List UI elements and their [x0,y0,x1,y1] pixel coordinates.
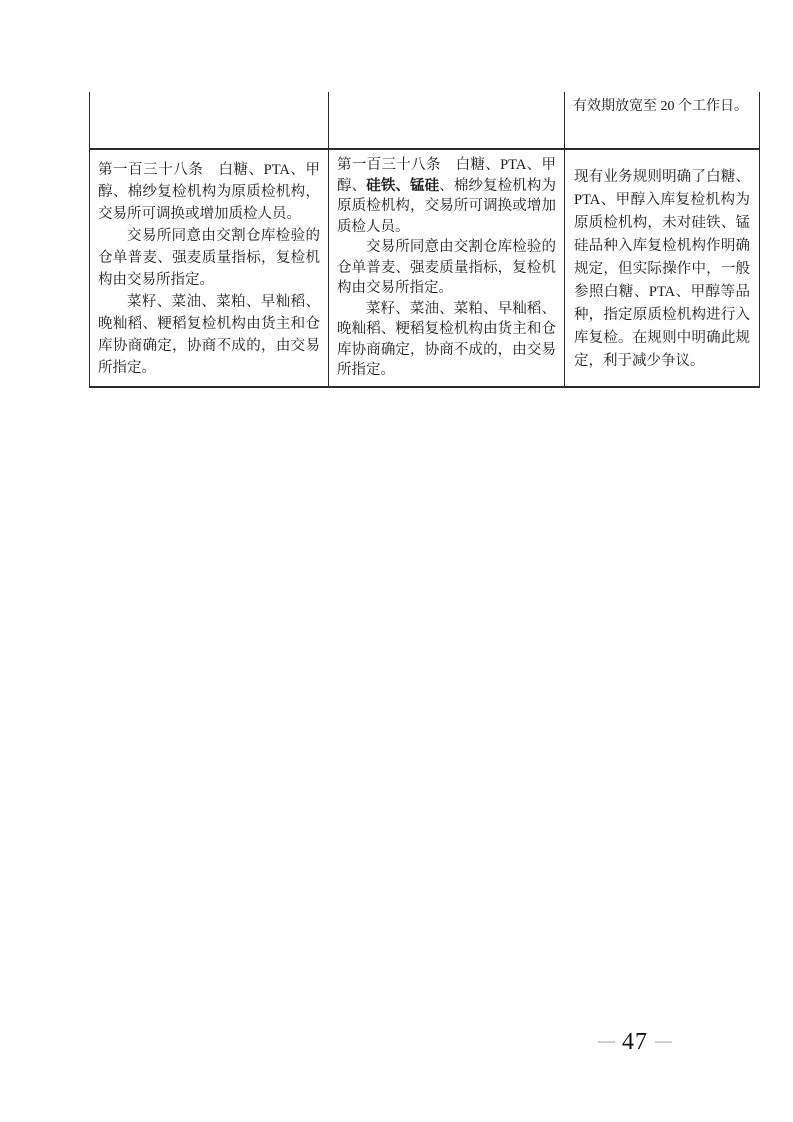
article-paragraph: 交易所同意由交割仓库检验的仓单普麦、强麦质量指标，复检机构由交易所指定。 [98,225,320,291]
revised-bold-text: 硅铁、锰硅 [366,178,439,194]
table-cell-row1-col1 [89,92,328,150]
comparison-table: 有效期放宽至 20 个工作日。 第一百三十八条 白糖、PTA、甲醇、棉纱复检机构… [89,92,760,388]
table-cell-row2-col1-original-rule: 第一百三十八条 白糖、PTA、甲醇、棉纱复检机构为原质检机构，交易所可调换或增加… [89,150,328,388]
footer-dash-right: — [655,1031,672,1050]
table-cell-row1-col2 [328,92,564,150]
article-paragraph: 第一百三十八条 白糖、PTA、甲醇、棉纱复检机构为原质检机构，交易所可调换或增加… [98,159,320,225]
article-paragraph: 菜籽、菜油、菜粕、早籼稻、晚籼稻、粳稻复检机构由货主和仓库协商确定，协商不成的，… [98,291,320,379]
page-footer: —47— [560,1029,710,1056]
table-cell-row2-col2-revised-rule: 第一百三十八条 白糖、PTA、甲醇、硅铁、锰硅、棉纱复检机构为原质检机构，交易所… [328,150,564,388]
footer-dash-left: — [598,1031,615,1050]
article-paragraph: 第一百三十八条 白糖、PTA、甲醇、硅铁、锰硅、棉纱复检机构为原质检机构，交易所… [337,155,556,237]
page-number: 47 [622,1029,648,1055]
article-paragraph: 菜籽、菜油、菜粕、早籼稻、晚籼稻、粳稻复检机构由货主和仓库协商确定，协商不成的，… [337,299,556,381]
table-cell-row1-col3: 有效期放宽至 20 个工作日。 [564,92,760,150]
cell-text: 有效期放宽至 20 个工作日。 [573,97,751,117]
explanation-paragraph: 现有业务规则明确了白糖、PTA、甲醇入库复检机构为原质检机构，未对硅铁、锰硅品种… [574,166,750,373]
table-cell-row2-col3-explanation: 现有业务规则明确了白糖、PTA、甲醇入库复检机构为原质检机构，未对硅铁、锰硅品种… [564,150,760,388]
article-paragraph: 交易所同意由交割仓库检验的仓单普麦、强麦质量指标，复检机构由交易所指定。 [337,237,556,299]
